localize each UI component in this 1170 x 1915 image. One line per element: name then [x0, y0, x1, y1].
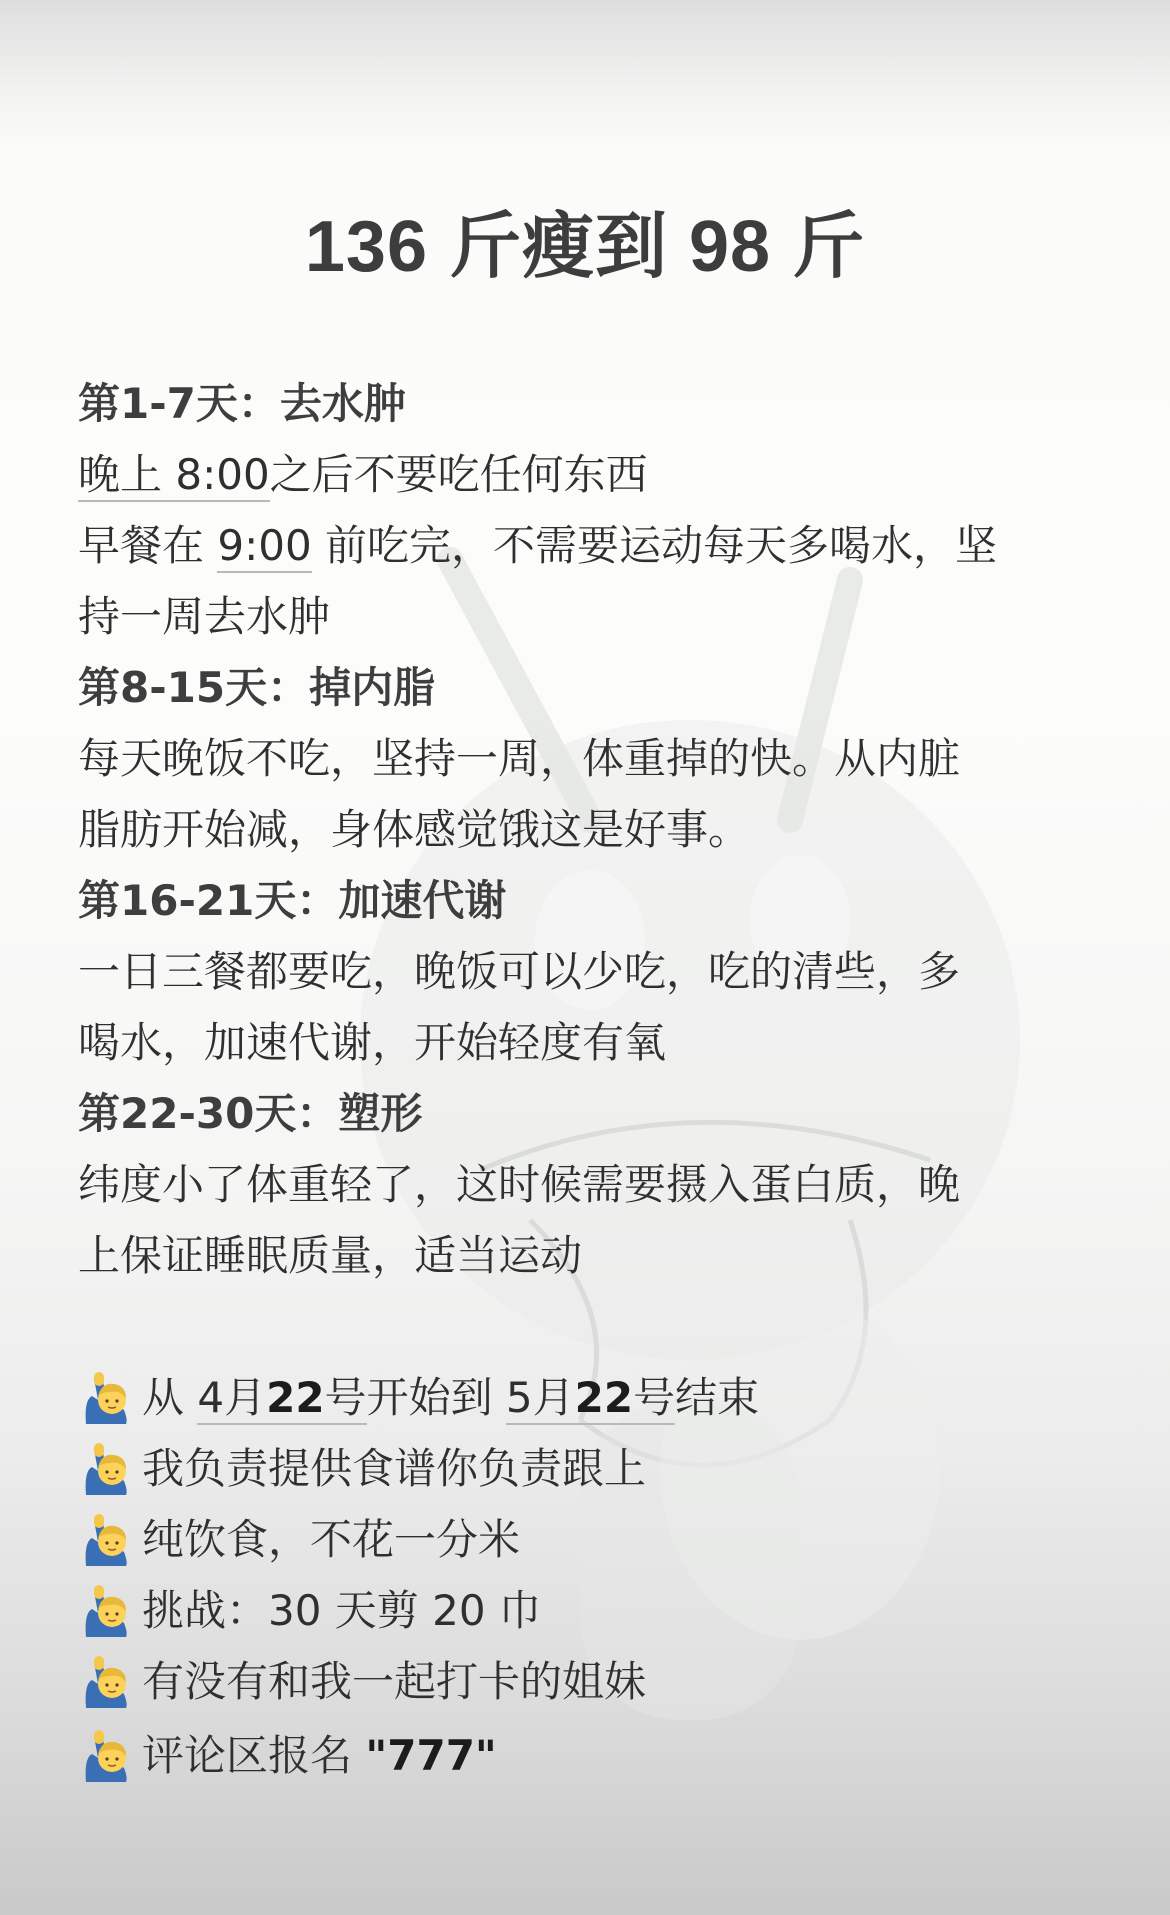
man-raising-hand-icon	[80, 1728, 130, 1784]
detected-date-link[interactable]: 号	[633, 1373, 675, 1425]
text-segment: 一日三餐都要吃，晚饭可以少吃，吃的清些，多	[78, 947, 960, 996]
section-body-line: 喝水，加速代谢，开始轻度有氧	[78, 1015, 666, 1071]
bullet-item: 从 4月22号开始到 5月22号结束	[80, 1370, 759, 1426]
text-segment: 挑战：30 天剪 20 巾	[142, 1586, 541, 1635]
detected-date-link[interactable]: 号	[325, 1373, 367, 1425]
detected-date-link[interactable]: 22	[266, 1373, 324, 1425]
section-body-line: 脂肪开始减，身体感觉饿这是好事。	[78, 802, 750, 858]
bullet-item: 我负责提供食谱你负责跟上	[80, 1441, 646, 1497]
text-segment: 纯饮食，不花一分米	[142, 1515, 520, 1564]
section-body-line: 持一周去水肿	[78, 589, 330, 645]
text-segment: 持一周去水肿	[78, 592, 330, 641]
bullet-text: 从 4月22号开始到 5月22号结束	[142, 1370, 759, 1426]
detected-date-link[interactable]: 22	[575, 1373, 633, 1425]
text-segment: 纬度小了体重轻了，这时候需要摄入蛋白质，晚	[78, 1160, 960, 1209]
bullet-item: 挑战：30 天剪 20 巾	[80, 1583, 541, 1639]
section-heading: 第1-7天：去水肿	[78, 376, 406, 432]
section-heading: 第22-30天：塑形	[78, 1086, 422, 1142]
text-segment: 前吃完，不需要运动每天多喝水，坚	[312, 521, 997, 570]
section-body-line: 一日三餐都要吃，晚饭可以少吃，吃的清些，多	[78, 944, 960, 1000]
bullet-text: 挑战：30 天剪 20 巾	[142, 1583, 541, 1639]
text-segment: 早餐在	[78, 521, 217, 570]
text-segment: 开始到	[367, 1373, 506, 1422]
text-segment: 每天晚饭不吃，坚持一周，体重掉的快。从内脏	[78, 734, 960, 783]
text-segment: 喝水，加速代谢，开始轻度有氧	[78, 1018, 666, 1067]
section-body-line: 上保证睡眠质量，适当运动	[78, 1228, 582, 1284]
bullet-text: 评论区报名 "777"	[142, 1728, 497, 1784]
section-body-line: 纬度小了体重轻了，这时候需要摄入蛋白质，晚	[78, 1157, 960, 1213]
text-segment: 脂肪开始减，身体感觉饿这是好事。	[78, 805, 750, 854]
text-segment: 结束	[675, 1373, 759, 1422]
man-raising-hand-icon	[80, 1370, 130, 1426]
detected-date-link[interactable]: 9:00	[217, 521, 311, 573]
text-segment: 我负责提供食谱你负责跟上	[142, 1444, 646, 1493]
man-raising-hand-icon	[80, 1441, 130, 1497]
bullet-item: 评论区报名 "777"	[80, 1728, 497, 1784]
man-raising-hand-icon	[80, 1583, 130, 1639]
section-heading: 第8-15天：掉内脂	[78, 660, 435, 716]
man-raising-hand-icon	[80, 1512, 130, 1568]
bullet-item: 有没有和我一起打卡的姐妹	[80, 1654, 646, 1710]
text-segment: 之后不要吃任何东西	[270, 450, 648, 499]
section-heading: 第16-21天：加速代谢	[78, 873, 506, 929]
section-body-line: 每天晚饭不吃，坚持一周，体重掉的快。从内脏	[78, 731, 960, 787]
text-segment: 从	[142, 1373, 197, 1422]
text-segment: "777"	[365, 1731, 496, 1780]
detected-date-link[interactable]: 晚上 8:00	[78, 450, 270, 502]
bullet-text: 我负责提供食谱你负责跟上	[142, 1441, 646, 1497]
detected-date-link[interactable]: 5月	[506, 1373, 575, 1425]
section-body-line: 晚上 8:00之后不要吃任何东西	[78, 447, 648, 503]
bullet-text: 纯饮食，不花一分米	[142, 1512, 520, 1568]
man-raising-hand-icon	[80, 1654, 130, 1710]
text-segment: 评论区报名	[142, 1731, 365, 1780]
bullet-item: 纯饮食，不花一分米	[80, 1512, 520, 1568]
text-segment: 有没有和我一起打卡的姐妹	[142, 1657, 646, 1706]
detected-date-link[interactable]: 4月	[197, 1373, 266, 1425]
text-segment: 上保证睡眠质量，适当运动	[78, 1231, 582, 1280]
section-body-line: 早餐在 9:00 前吃完，不需要运动每天多喝水，坚	[78, 518, 997, 574]
bullet-text: 有没有和我一起打卡的姐妹	[142, 1654, 646, 1710]
page-title: 136 斤瘦到 98 斤	[0, 188, 1170, 292]
